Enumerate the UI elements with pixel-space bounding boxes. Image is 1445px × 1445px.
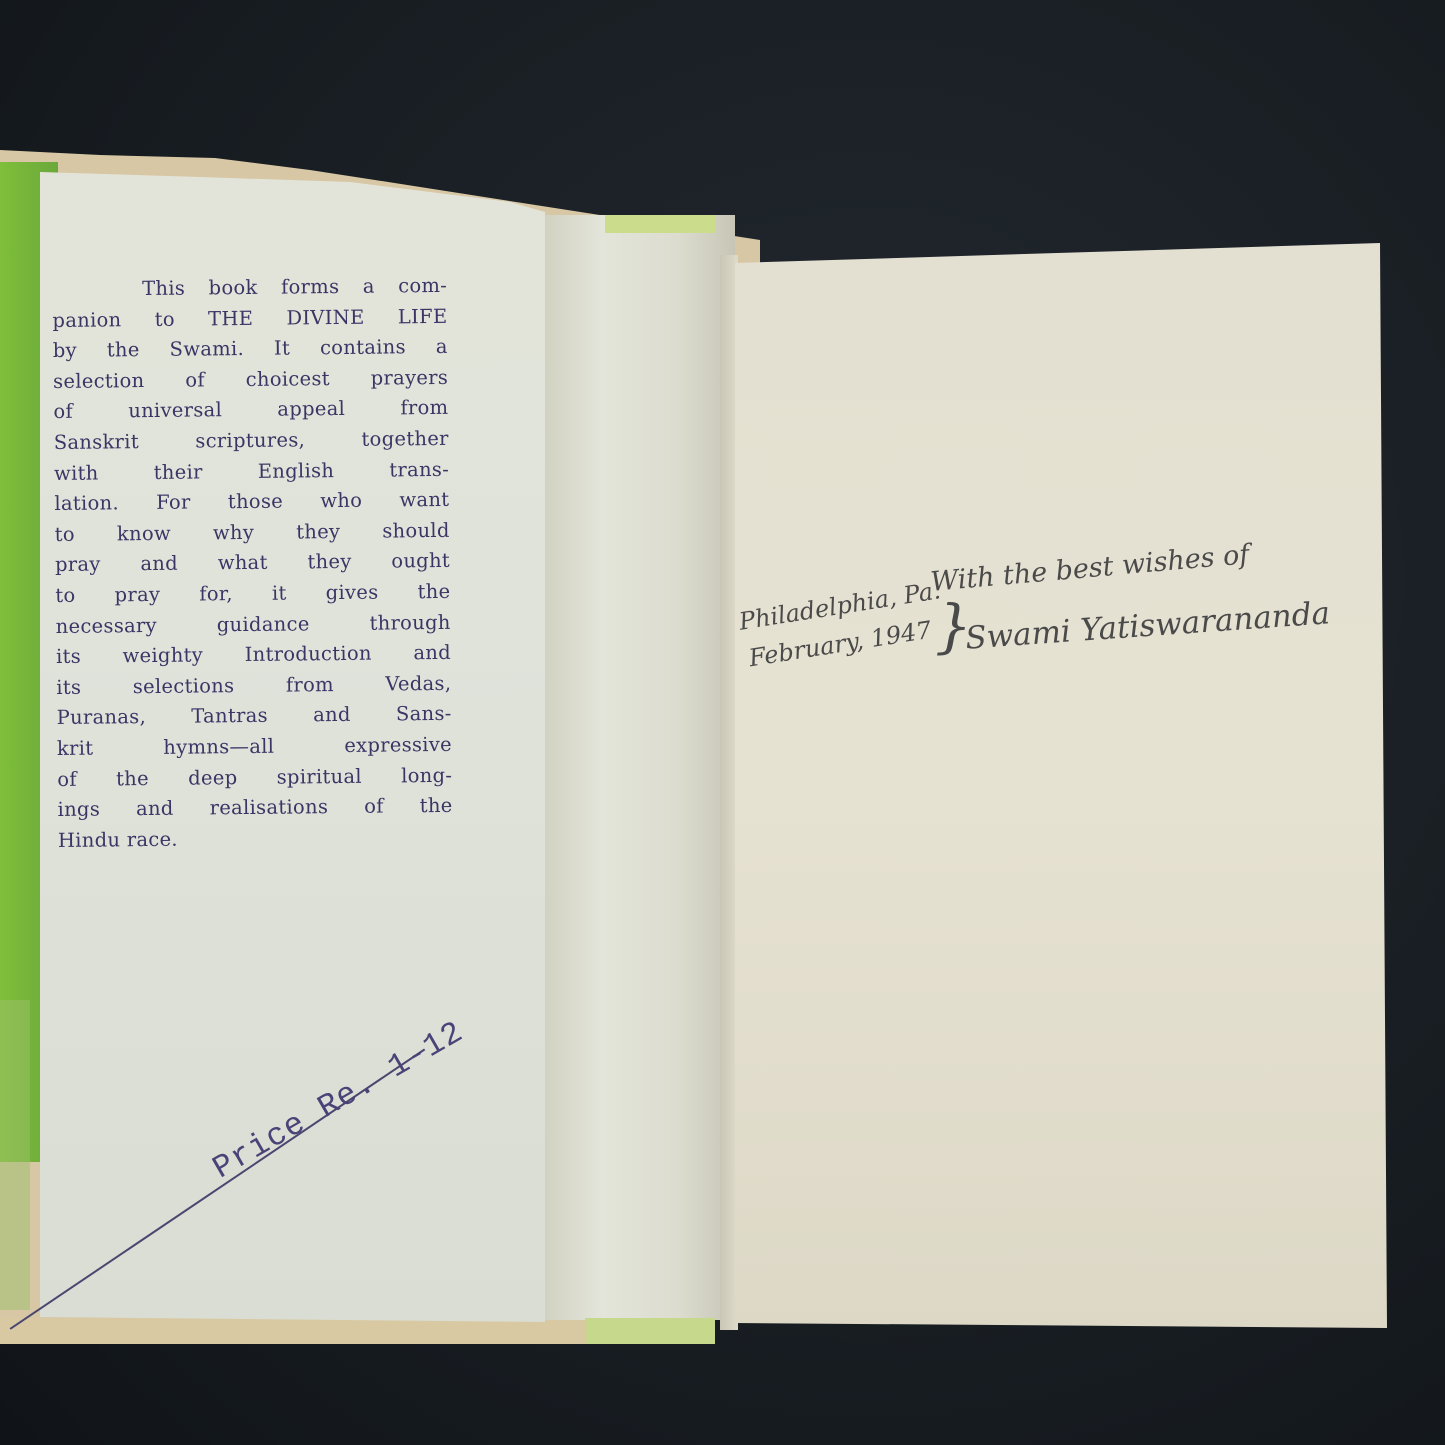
blurb-line: lation. For those who want [54,485,449,520]
blurb-line: Hindu race. [58,822,453,857]
cover-bottom-edge [0,1318,590,1344]
blurb-line: ings and realisations of the [57,791,452,826]
green-jacket-shadow [0,1000,30,1310]
blurb-line: selection of choicest prayers [53,363,448,398]
blurb-line: This book forms a com- [52,271,447,306]
blurb-line: Puranas, Tantras and Sans- [56,699,451,734]
blurb-line: its selections from Vedas, [56,669,451,704]
blurb-line: to pray for, it gives the [55,577,450,612]
blurb-line: Sanskrit scriptures, together [54,424,449,459]
blurb-line: krit hymns—all expressive [57,730,452,765]
blurb-line: panion to THE DIVINE LIFE [52,301,447,336]
flap-blurb: This book forms a com- panion to THE DIV… [52,271,453,856]
blurb-line: of universal appeal from [53,393,448,428]
blurb-line: of the deep spiritual long- [57,760,452,795]
blurb-line: necessary guidance through [56,607,451,642]
spine-cloth-bottom [585,1318,715,1344]
blurb-line: to know why they should [55,516,450,551]
book-photo: This book forms a com- panion to THE DIV… [0,0,1445,1445]
endpaper-page [735,243,1387,1328]
spine-cloth-top [605,215,715,233]
blurb-line: pray and what they ought [55,546,450,581]
blurb-line: its weighty Introduction and [56,638,451,673]
book-spine-gutter [545,215,735,1320]
blurb-line: with their English trans- [54,454,449,489]
blurb-line: by the Swami. It contains a [53,332,448,367]
